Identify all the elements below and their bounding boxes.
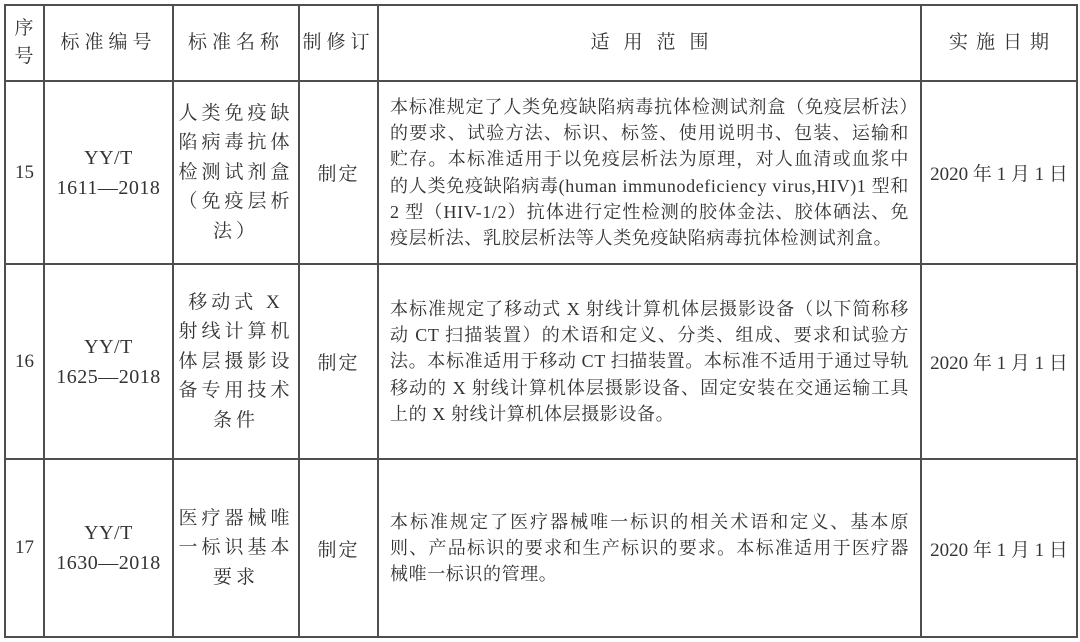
date-cell: 2020 年 1 月 1 日	[921, 264, 1077, 459]
name-cell: 医疗器械唯一标识基本要求	[173, 459, 299, 637]
serial-cell: 16	[5, 264, 44, 459]
revision-cell: 制定	[299, 459, 378, 637]
serial-cell: 15	[5, 81, 44, 264]
revision-cell: 制定	[299, 264, 378, 459]
code-cell: YY/T 1630—2018	[44, 459, 173, 637]
col-header-scope: 适用范围	[378, 5, 921, 81]
table-row: 17 YY/T 1630—2018 医疗器械唯一标识基本要求 制定 本标准规定了…	[5, 459, 1077, 637]
col-header-date: 实施日期	[921, 5, 1077, 81]
name-cell: 移动式 X 射线计算机体层摄影设备专用技术条件	[173, 264, 299, 459]
table-row: 16 YY/T 1625—2018 移动式 X 射线计算机体层摄影设备专用技术条…	[5, 264, 1077, 459]
col-header-code: 标准编号	[44, 5, 173, 81]
revision-cell: 制定	[299, 81, 378, 264]
serial-cell: 17	[5, 459, 44, 637]
scope-cell: 本标准规定了移动式 X 射线计算机体层摄影设备（以下简称移动 CT 扫描装置）的…	[378, 264, 921, 459]
table-row: 15 YY/T 1611—2018 人类免疫缺陷病毒抗体检测试剂盒（免疫层析法）…	[5, 81, 1077, 264]
code-cell: YY/T 1625—2018	[44, 264, 173, 459]
scope-cell: 本标准规定了人类免疫缺陷病毒抗体检测试剂盒（免疫层析法）的要求、试验方法、标识、…	[378, 81, 921, 264]
col-header-name: 标准名称	[173, 5, 299, 81]
col-header-serial: 序号	[5, 5, 44, 81]
standards-table: 序号 标准编号 标准名称 制修订 适用范围 实施日期 15 YY/T 1611—…	[4, 4, 1078, 638]
col-header-revision: 制修订	[299, 5, 378, 81]
date-cell: 2020 年 1 月 1 日	[921, 81, 1077, 264]
code-cell: YY/T 1611—2018	[44, 81, 173, 264]
name-cell: 人类免疫缺陷病毒抗体检测试剂盒（免疫层析法）	[173, 81, 299, 264]
date-cell: 2020 年 1 月 1 日	[921, 459, 1077, 637]
standards-document: 序号 标准编号 标准名称 制修订 适用范围 实施日期 15 YY/T 1611—…	[4, 4, 1076, 638]
table-header-row: 序号 标准编号 标准名称 制修订 适用范围 实施日期	[5, 5, 1077, 81]
scope-cell: 本标准规定了医疗器械唯一标识的相关术语和定义、基本原则、产品标识的要求和生产标识…	[378, 459, 921, 637]
